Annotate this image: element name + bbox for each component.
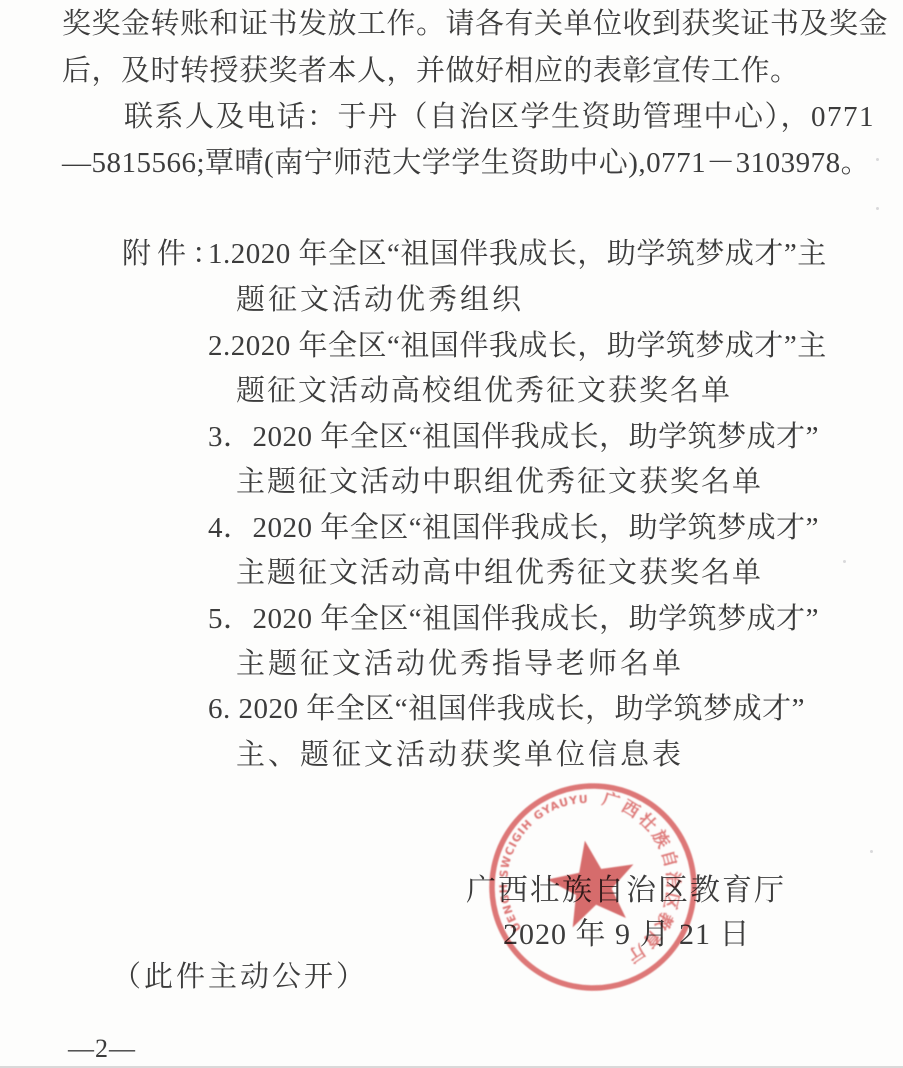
scan-speck [870, 850, 873, 853]
scan-speck [876, 158, 879, 161]
contact-line: 联系人及电话：于丹（自治区学生资助管理中心），0771 [124, 103, 875, 132]
signature-org: 广西壮族自治区教育厅 [466, 876, 786, 906]
attachment-item-1-line-2: 题征文活动优秀组织 [236, 286, 524, 315]
page-number: —2— [68, 1036, 136, 1062]
attachment-item-1-line-1: 1.2020 年全区“祖国伴我成长，助学筑梦成才”主 [208, 240, 827, 269]
body-line: 奖奖金转账和证书发放工作。请各有关单位收到获奖证书及奖金 [62, 10, 888, 39]
attachment-item-5-line-1: 5．2020 年全区“祖国伴我成长，助学筑梦成才” [208, 605, 819, 634]
attachment-item-3-line-1: 3．2020 年全区“祖国伴我成长，助学筑梦成才” [208, 423, 819, 452]
contact-line: —5815566;覃晴(南宁师范大学学生资助中心),0771－3103978。 [62, 149, 870, 178]
attachment-item-6-line-1: 6. 2020 年全区“祖国伴我成长，助学筑梦成才” [208, 695, 805, 724]
attachment-item-4-line-1: 4．2020 年全区“祖国伴我成长，助学筑梦成才” [208, 514, 819, 543]
attachment-item-2-line-2: 题征文活动高校组优秀征文获奖名单 [236, 377, 732, 406]
attachment-item-2-line-1: 2.2020 年全区“祖国伴我成长，助学筑梦成才”主 [208, 332, 827, 361]
attachment-item-3-line-2: 主题征文活动中职组优秀征文获奖名单 [236, 468, 763, 497]
attachment-item-5-line-2: 主题征文活动优秀指导老师名单 [236, 650, 684, 679]
scan-speck [843, 560, 846, 563]
scanned-document-page: 奖奖金转账和证书发放工作。请各有关单位收到获奖证书及奖金 后，及时转授获奖者本人… [0, 0, 903, 1068]
attachment-item-6-line-2: 主、题征文活动获奖单位信息表 [236, 741, 684, 770]
signature-date: 2020 年 9 月 21 日 [503, 920, 751, 950]
disclosure-note: （此件主动公开） [112, 963, 368, 992]
body-line: 后，及时转授获奖者本人，并做好相应的表彰宣传工作。 [62, 57, 800, 86]
seal-latin-arc-text: UENGH SWCIGIH GYAUYUZDINGH [437, 742, 611, 943]
scan-speck [876, 207, 879, 210]
attachment-item-4-line-2: 主题征文活动高中组优秀征文获奖名单 [236, 559, 763, 588]
